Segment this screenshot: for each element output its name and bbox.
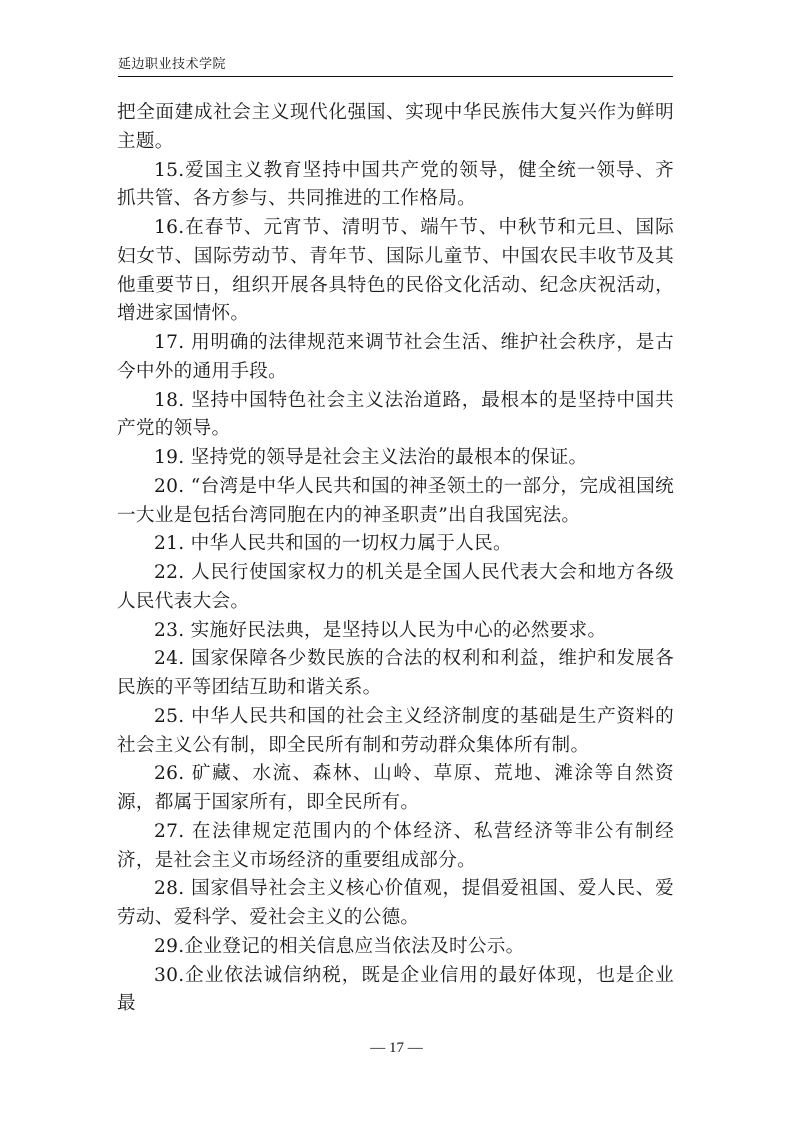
institution-name: 延边职业技术学院 — [118, 57, 673, 73]
paragraph-item-21: 21. 中华人民共和国的一切权力属于人民。 — [117, 530, 674, 559]
paragraph-item-15: 15.爱国主义教育坚持中国共产党的领导，健全统一领导、齐抓共管、各方参与、共同推… — [117, 157, 674, 215]
paragraph-item-18: 18. 坚持中国特色社会主义法治道路，最根本的是坚持中国共产党的领导。 — [117, 387, 674, 445]
paragraph-item-22: 22. 人民行使国家权力的机关是全国人民代表大会和地方各级人民代表大会。 — [117, 559, 674, 617]
paragraph-item-25: 25. 中华人民共和国的社会主义经济制度的基础是生产资料的社会主义公有制，即全民… — [117, 703, 674, 761]
paragraph-item-28: 28. 国家倡导社会主义核心价值观，提倡爱祖国、爱人民、爱劳动、爱科学、爱社会主… — [117, 875, 674, 933]
paragraph-item-16: 16.在春节、元宵节、清明节、端午节、中秋节和元旦、国际妇女节、国际劳动节、青年… — [117, 214, 674, 329]
page-header: 延边职业技术学院 — [118, 57, 673, 73]
paragraph-item-27: 27. 在法律规定范围内的个体经济、私营经济等非公有制经济，是社会主义市场经济的… — [117, 818, 674, 876]
paragraph-item-24: 24. 国家保障各少数民族的合法的权利和利益，维护和发展各民族的平等团结互助和谐… — [117, 645, 674, 703]
paragraph-item-23: 23. 实施好民法典，是坚持以人民为中心的必然要求。 — [117, 617, 674, 646]
paragraph-item-29: 29.企业登记的相关信息应当依法及时公示。 — [117, 933, 674, 962]
paragraph-continuation: 把全面建成社会主义现代化强国、实现中华民族伟大复兴作为鲜明主题。 — [117, 99, 674, 157]
header-divider — [118, 76, 673, 77]
page-number: — 17 — — [370, 1040, 423, 1056]
paragraph-item-19: 19. 坚持党的领导是社会主义法治的最根本的保证。 — [117, 444, 674, 473]
page-footer: — 17 — — [0, 1040, 793, 1057]
paragraph-item-30: 30.企业依法诚信纳税，既是企业信用的最好体现，也是企业最 — [117, 962, 674, 1020]
paragraph-item-26: 26. 矿藏、水流、森林、山岭、草原、荒地、滩涂等自然资源，都属于国家所有，即全… — [117, 760, 674, 818]
document-body: 把全面建成社会主义现代化强国、实现中华民族伟大复兴作为鲜明主题。 15.爱国主义… — [117, 99, 674, 1019]
paragraph-item-17: 17. 用明确的法律规范来调节社会生活、维护社会秩序，是古今中外的通用手段。 — [117, 329, 674, 387]
paragraph-item-20: 20. “台湾是中华人民共和国的神圣领土的一部分，完成祖国统一大业是包括台湾同胞… — [117, 473, 674, 531]
